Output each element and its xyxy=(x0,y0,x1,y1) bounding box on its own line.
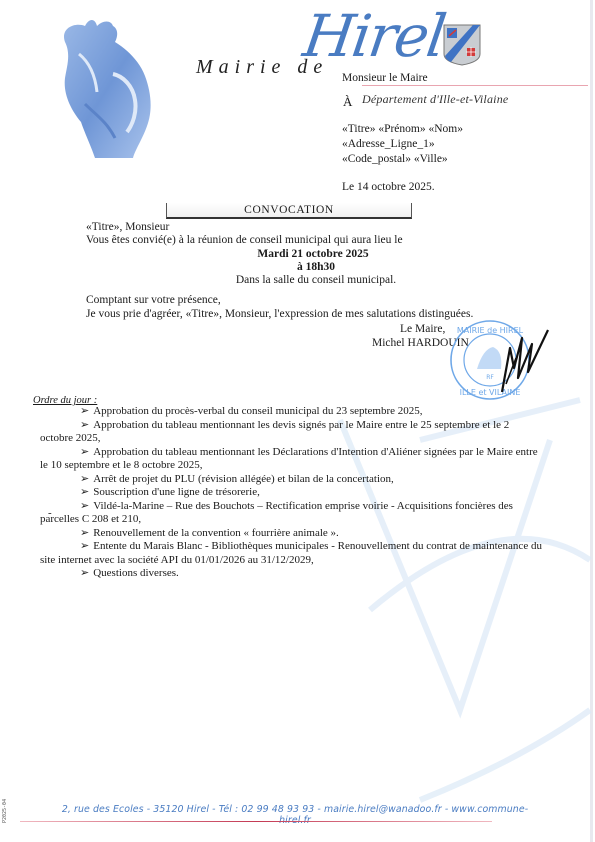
agenda-item-text: Approbation du tableau mentionnant les d… xyxy=(93,419,509,431)
header-rule xyxy=(362,85,588,86)
agenda-item: ➢Approbation du tableau mentionnant les … xyxy=(80,419,552,433)
recipient-marker: À xyxy=(343,94,352,110)
agenda-item-text: Arrêt de projet du PLU (révision allégée… xyxy=(93,473,394,485)
document-side-code: P2025-04 xyxy=(2,793,10,823)
agenda-item-text: Questions diverses. xyxy=(93,567,179,579)
agenda-item: ➢Approbation du procès-verbal du conseil… xyxy=(80,405,552,419)
arrow-bullet-icon: ➢ xyxy=(80,473,89,485)
sender-title: Monsieur le Maire xyxy=(342,72,428,85)
letter-date: Le 14 octobre 2025. xyxy=(342,181,435,193)
agenda-item-text: Approbation du procès-verbal du conseil … xyxy=(93,405,422,417)
agenda-item: ➢Entente du Marais Blanc - Bibliothèques… xyxy=(80,540,552,554)
agenda-item-continuation: site internet avec la société API du 01/… xyxy=(40,554,552,568)
arrow-bullet-icon: ➢ xyxy=(80,419,89,431)
agenda-list: ➢Approbation du procès-verbal du conseil… xyxy=(80,405,552,581)
meeting-time: à 18h30 xyxy=(66,261,566,274)
agenda-item-text: Renouvellement de la convention « fourri… xyxy=(93,527,339,539)
closing-line-2: Je vous prie d'agréer, «Titre», Monsieur… xyxy=(86,308,473,321)
agenda-item: ➢Approbation du tableau mentionnant les … xyxy=(80,446,552,460)
address-line-3: «Code_postal» «Ville» xyxy=(342,153,448,165)
salutation: «Titre», Monsieur xyxy=(86,221,169,234)
statue-head-logo xyxy=(55,14,160,164)
arrow-bullet-icon: ➢ xyxy=(80,446,89,458)
arrow-bullet-icon: ➢ xyxy=(80,500,89,512)
agenda-item: ➢Souscription d'une ligne de trésorerie, xyxy=(80,486,552,500)
footer-rule xyxy=(20,821,492,822)
meeting-place: Dans la salle du conseil municipal. xyxy=(66,274,566,287)
arrow-bullet-icon: ➢ xyxy=(80,486,89,498)
agenda-item-text: Vildé-la-Marine – Rue des Bouchots – Rec… xyxy=(93,500,513,512)
agenda-item-text: Souscription d'une ligne de trésorerie, xyxy=(93,486,260,498)
address-line-1: «Titre» «Prénom» «Nom» xyxy=(342,123,463,135)
signatory-title: Le Maire, xyxy=(400,323,445,336)
agenda-item: ➢Renouvellement de la convention « fourr… xyxy=(80,527,552,541)
arrow-bullet-icon: ➢ xyxy=(80,527,89,539)
arrow-bullet-icon: ➢ xyxy=(80,405,89,417)
recipient-department: Département d'Ille-et-Vilaine xyxy=(362,92,508,107)
meeting-date: Mardi 21 octobre 2025 xyxy=(63,248,563,261)
address-line-2: «Adresse_Ligne_1» xyxy=(342,138,435,150)
invitation-intro: Vous êtes convié(e) à la réunion de cons… xyxy=(86,234,403,247)
agenda-item-text: Entente du Marais Blanc - Bibliothèques … xyxy=(93,540,542,552)
footer-contact-info: 2, rue des Ecoles - 35120 Hirel - Tél : … xyxy=(55,804,535,826)
agenda-item: ➢Questions diverses. xyxy=(80,567,552,581)
agenda-item-continuation: octobre 2025, xyxy=(40,432,552,446)
town-coat-of-arms-icon xyxy=(443,24,481,66)
mayor-signature xyxy=(492,328,552,394)
closing-line-1: Comptant sur votre présence, xyxy=(86,294,221,307)
agenda-item-text: Approbation du tableau mentionnant les D… xyxy=(93,446,537,458)
agenda-item-continuation: le 10 septembre et le 8 octobre 2025, xyxy=(40,459,552,473)
letterhead-town-name: Hirel xyxy=(299,2,448,70)
agenda-item: ➢Vildé-la-Marine – Rue des Bouchots – Re… xyxy=(80,500,552,514)
agenda-item-continuation: parcelles C 208 et 210, xyxy=(40,513,552,527)
arrow-bullet-icon: ➢ xyxy=(80,540,89,552)
agenda-item: ➢Arrêt de projet du PLU (révision allégé… xyxy=(80,473,552,487)
arrow-bullet-icon: ➢ xyxy=(80,567,89,579)
convocation-heading: CONVOCATION xyxy=(166,203,412,219)
